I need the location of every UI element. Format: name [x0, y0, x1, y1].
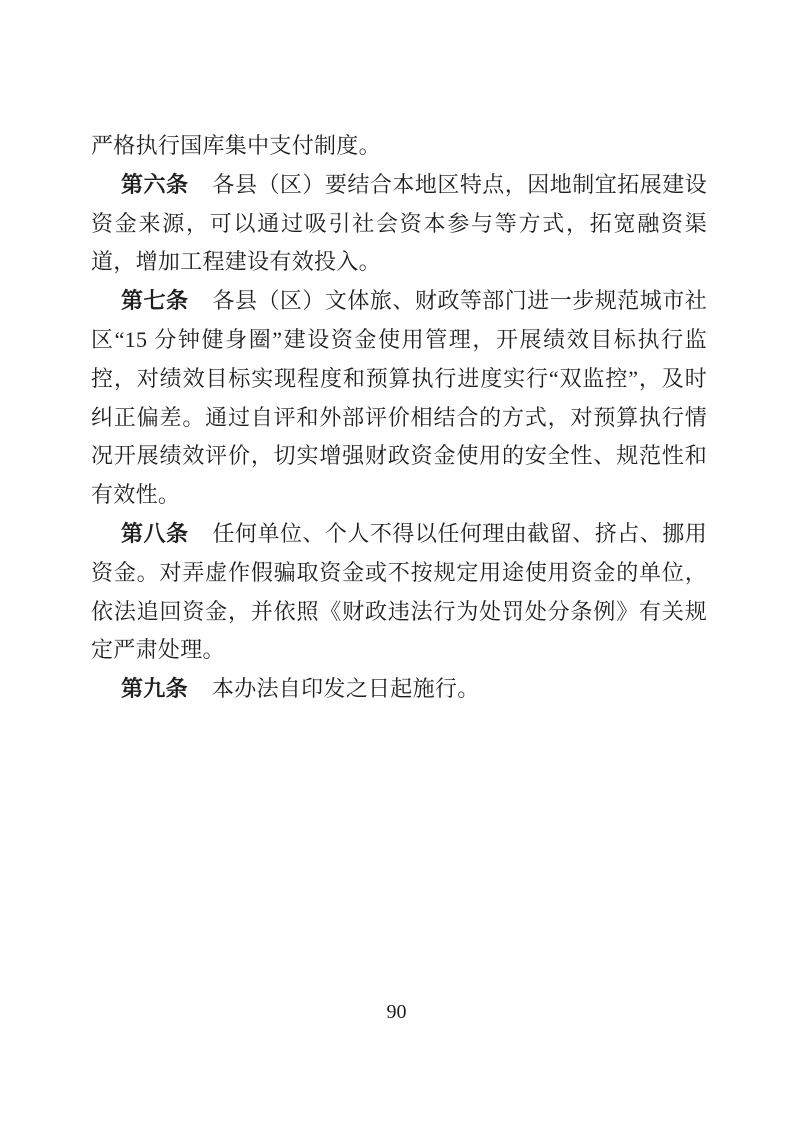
document-body: 严格执行国库集中支付制度。 第六条各县（区）要结合本地区特点，因地制宜拓展建设资…	[91, 127, 707, 709]
paragraph-text: 严格执行国库集中支付制度。	[91, 133, 381, 158]
paragraph-article-6: 第六条各县（区）要结合本地区特点，因地制宜拓展建设资金来源，可以通过吸引社会资本…	[91, 166, 707, 282]
paragraph-article-9: 第九条本办法自印发之日起施行。	[91, 670, 707, 709]
paragraph-article-8: 第八条任何单位、个人不得以任何理由截留、挤占、挪用资金。对弄虚作假骗取资金或不按…	[91, 515, 707, 670]
article-number-heading: 第八条	[121, 521, 188, 546]
document-page: 严格执行国库集中支付制度。 第六条各县（区）要结合本地区特点，因地制宜拓展建设资…	[0, 0, 793, 1122]
paragraph-continuation: 严格执行国库集中支付制度。	[91, 127, 707, 166]
article-number-heading: 第六条	[121, 172, 188, 197]
article-number-heading: 第九条	[121, 676, 188, 701]
paragraph-article-7: 第七条各县（区）文体旅、财政等部门进一步规范城市社区“15 分钟健身圈”建设资金…	[91, 282, 707, 515]
paragraph-text: 各县（区）文体旅、财政等部门进一步规范城市社区“15 分钟健身圈”建设资金使用管…	[91, 288, 707, 507]
paragraph-text: 本办法自印发之日起施行。	[212, 676, 480, 701]
page-number: 90	[0, 1000, 793, 1024]
article-number-heading: 第七条	[121, 288, 188, 313]
